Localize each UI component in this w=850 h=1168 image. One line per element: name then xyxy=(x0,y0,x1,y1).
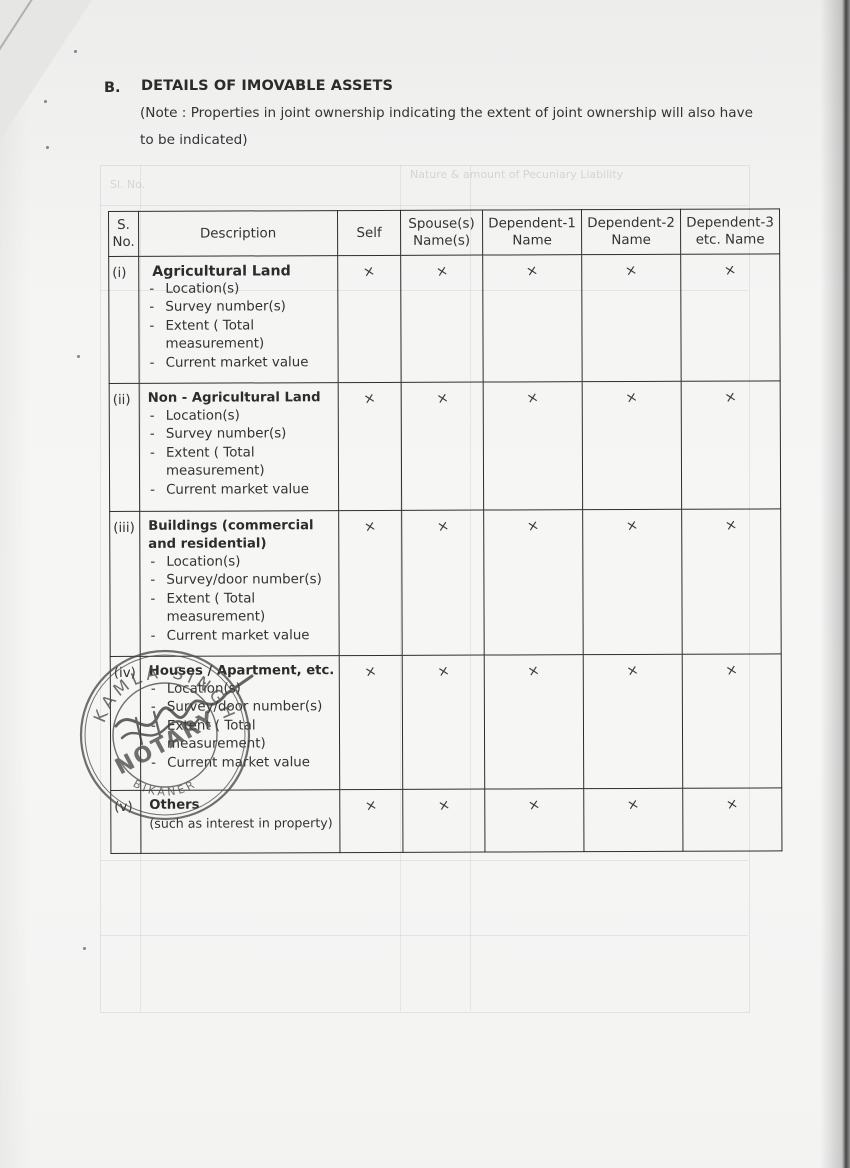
cell-dependent3: × xyxy=(681,381,780,509)
cross-mark-icon: × xyxy=(526,662,541,680)
asset-detail-item: Location(s) xyxy=(147,280,333,299)
cell-dependent3: × xyxy=(683,788,782,851)
section-letter: B. xyxy=(104,80,121,96)
section-note: (Note : Properties in joint ownership in… xyxy=(140,100,755,154)
cross-mark-icon: × xyxy=(625,517,640,535)
cell-spouse: × xyxy=(403,789,485,852)
scan-speck xyxy=(77,355,80,358)
header-dependent-2: Dependent-2 Name xyxy=(581,209,680,254)
header-dependent-3: Dependent-3 etc. Name xyxy=(680,209,779,254)
cell-dependent2: × xyxy=(584,788,683,851)
row-serial-number: (v) xyxy=(111,790,141,853)
cell-dependent2: × xyxy=(582,254,681,381)
asset-detail-item: Current market value xyxy=(148,481,334,500)
cell-dependent1: × xyxy=(483,255,582,382)
cell-dependent1: × xyxy=(485,789,584,852)
cross-mark-icon: × xyxy=(724,517,739,535)
asset-category-title: Agricultural Land xyxy=(147,262,333,281)
row-serial-number: (ii) xyxy=(109,383,139,511)
cross-mark-icon: × xyxy=(362,390,377,408)
row-serial-number: (i) xyxy=(109,256,139,383)
asset-detail-item: Extent ( Total measurement) xyxy=(148,444,334,482)
cell-spouse: × xyxy=(402,655,485,789)
cell-dependent3: × xyxy=(682,509,782,654)
header-description: Description xyxy=(139,211,338,257)
cross-mark-icon: × xyxy=(364,797,379,815)
cell-self: × xyxy=(339,510,403,655)
cross-mark-icon: × xyxy=(723,389,738,407)
asset-category-title: Non - Agricultural Land xyxy=(148,389,334,408)
row-description: Non - Agricultural LandLocation(s)Survey… xyxy=(139,383,338,512)
header-sno: S. No. xyxy=(109,211,139,256)
cross-mark-icon: × xyxy=(435,390,450,408)
asset-detail-item: Extent ( Total measurement) xyxy=(149,717,335,755)
asset-detail-item: Location(s) xyxy=(149,680,335,699)
cross-mark-icon: × xyxy=(626,796,641,814)
row-description: Agricultural LandLocation(s)Survey numbe… xyxy=(139,256,338,384)
asset-category-subtitle: (such as interest in property) xyxy=(149,814,335,832)
table-row: (iii)Buildings (commercial and residenti… xyxy=(110,509,782,657)
cross-mark-icon: × xyxy=(435,518,450,536)
cross-mark-icon: × xyxy=(624,262,639,280)
scan-speck xyxy=(44,100,47,103)
folded-corner xyxy=(0,0,92,140)
cross-mark-icon: × xyxy=(436,797,451,815)
asset-detail-item: Current market value xyxy=(148,354,334,373)
cell-spouse: × xyxy=(401,255,483,382)
cell-spouse: × xyxy=(402,510,485,655)
cell-dependent2: × xyxy=(582,381,681,509)
scan-speck xyxy=(83,947,86,950)
asset-detail-list: Location(s)Survey/door number(s)Extent (… xyxy=(148,553,334,646)
asset-detail-list: Location(s)Survey number(s)Extent ( Tota… xyxy=(147,280,333,373)
cross-mark-icon: × xyxy=(363,663,378,681)
row-description: Others(such as interest in property) xyxy=(141,790,340,854)
row-description: Buildings (commercial and residential)Lo… xyxy=(140,511,340,657)
row-serial-number: (iii) xyxy=(110,511,141,656)
cross-mark-icon: × xyxy=(723,262,738,280)
header-self: Self xyxy=(338,210,401,255)
cross-mark-icon: × xyxy=(362,263,377,281)
asset-detail-item: Location(s) xyxy=(148,553,334,572)
cross-mark-icon: × xyxy=(625,662,640,680)
asset-detail-item: Location(s) xyxy=(148,407,334,426)
section-title: DETAILS OF IMOVABLE ASSETS xyxy=(141,78,393,94)
asset-detail-item: Current market value xyxy=(149,627,335,646)
asset-detail-list: Location(s)Survey/door number(s)Extent (… xyxy=(149,680,335,773)
asset-detail-item: Extent ( Total measurement) xyxy=(147,317,333,355)
cell-self: × xyxy=(338,255,401,382)
cell-dependent2: × xyxy=(583,654,683,788)
cell-spouse: × xyxy=(401,382,483,510)
cross-mark-icon: × xyxy=(525,389,540,407)
cell-self: × xyxy=(340,789,403,852)
row-serial-number: (iv) xyxy=(110,656,141,790)
table-row: (v)Others(such as interest in property)×… xyxy=(111,788,782,854)
row-description: Houses / Apartment, etc.Location(s)Surve… xyxy=(140,656,340,791)
asset-detail-item: Survey/door number(s) xyxy=(148,572,334,591)
cell-dependent3: × xyxy=(682,654,782,788)
scan-speck xyxy=(74,50,77,53)
cell-dependent1: × xyxy=(484,510,584,655)
cross-mark-icon: × xyxy=(527,796,542,814)
table-header-row: S. No. Description Self Spouse(s) Name(s… xyxy=(109,209,780,257)
asset-category-title: Others xyxy=(149,796,335,815)
cross-mark-icon: × xyxy=(525,262,540,280)
cell-dependent2: × xyxy=(583,509,683,654)
cross-mark-icon: × xyxy=(724,662,739,680)
cross-mark-icon: × xyxy=(526,517,541,535)
table-row: (i)Agricultural LandLocation(s)Survey nu… xyxy=(109,254,780,384)
asset-detail-list: Location(s)Survey number(s)Extent ( Tota… xyxy=(148,407,334,500)
cross-mark-icon: × xyxy=(725,796,740,814)
cross-mark-icon: × xyxy=(436,663,451,681)
cross-mark-icon: × xyxy=(624,389,639,407)
asset-detail-item: Survey number(s) xyxy=(148,426,334,445)
asset-detail-item: Extent ( Total measurement) xyxy=(148,590,334,628)
table-row: (ii)Non - Agricultural LandLocation(s)Su… xyxy=(109,381,780,512)
cross-mark-icon: × xyxy=(434,263,449,281)
cell-dependent3: × xyxy=(681,254,780,381)
cell-self: × xyxy=(339,655,403,789)
header-spouse: Spouse(s) Name(s) xyxy=(400,210,482,255)
scan-speck xyxy=(46,146,49,149)
asset-category-title: Houses / Apartment, etc. xyxy=(149,662,335,681)
cell-dependent1: × xyxy=(484,655,584,789)
asset-detail-item: Survey number(s) xyxy=(147,299,333,318)
immovable-assets-table: S. No. Description Self Spouse(s) Name(s… xyxy=(108,208,782,854)
asset-category-title: Buildings (commercial and residential) xyxy=(148,517,334,554)
cell-dependent1: × xyxy=(483,382,582,510)
asset-detail-item: Survey/door number(s) xyxy=(149,699,335,718)
header-dependent-1: Dependent-1 Name xyxy=(482,210,581,255)
asset-detail-item: Current market value xyxy=(149,754,335,773)
cross-mark-icon: × xyxy=(363,518,378,536)
cell-self: × xyxy=(338,382,401,510)
table-row: (iv)Houses / Apartment, etc.Location(s)S… xyxy=(110,654,782,791)
